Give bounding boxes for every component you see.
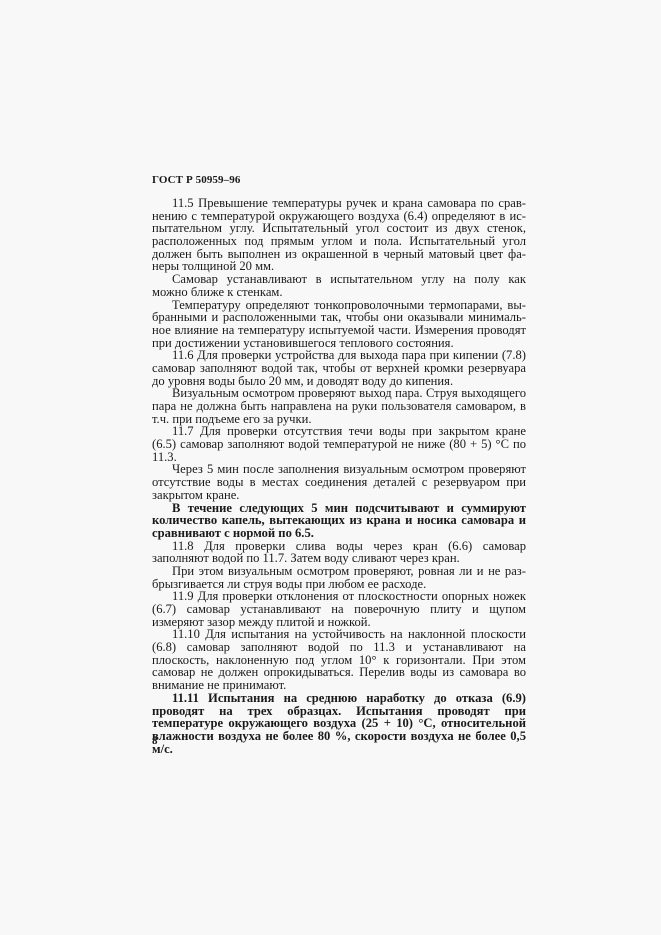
page-number: 8: [152, 735, 158, 747]
paragraph: В течение следующих 5 мин подсчитывают и…: [152, 502, 526, 540]
paragraph: Через 5 мин после заполнения визуальным …: [152, 463, 526, 501]
paragraph-11-6: 11.6 Для проверки устройства для выхода …: [152, 349, 526, 387]
paragraph-11-10: 11.10 Для испытания на устойчивость на н…: [152, 628, 526, 691]
paragraph-11-7: 11.7 Для проверки отсутствия течи воды п…: [152, 425, 526, 463]
paragraph: Самовар устанавливают в испытательном уг…: [152, 273, 526, 298]
paragraph-11-5: 11.5 Превышение температуры ручек и кран…: [152, 197, 526, 273]
document-body: 11.5 Превышение температуры ручек и кран…: [152, 197, 526, 755]
paragraph-11-9: 11.9 Для проверки отклонения от плоскост…: [152, 590, 526, 628]
paragraph-11-8: 11.8 Для проверки слива воды через кран …: [152, 540, 526, 565]
paragraph-11-11: 11.11 Испытания на среднюю наработку до …: [152, 692, 526, 755]
paragraph: При этом визуальным осмотром проверяют, …: [152, 565, 526, 590]
paragraph: Температуру определяют тонкопроволочными…: [152, 299, 526, 350]
paragraph: Визуальным осмотром проверяют выход пара…: [152, 387, 526, 425]
document-header: ГОСТ Р 50959–96: [152, 174, 240, 186]
